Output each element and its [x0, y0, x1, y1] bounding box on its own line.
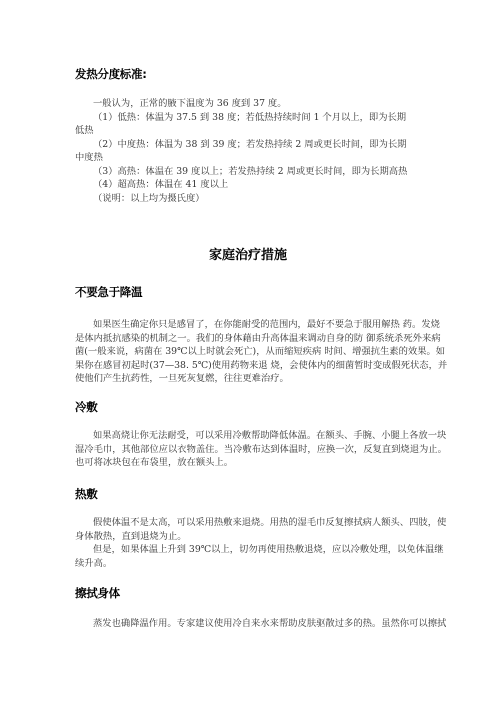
page-title: 家庭治疗措施 — [0, 244, 496, 263]
paragraph-line: 如果高烧让你无法耐受，可以采用冷敷帮助降低体温。在额头、手腕、小腿上各放一块 — [75, 429, 415, 443]
fever-grade-list: 一般认为，正常的腋下温度为 36 度到 37 度。 （1）低热：体温为 37.5… — [75, 97, 415, 205]
paragraph-line: 续升高。 — [75, 557, 415, 571]
section-body-cold-compress: 如果高烧让你无法耐受，可以采用冷敷帮助降低体温。在额头、手腕、小腿上各放一块 湿… — [75, 429, 415, 470]
fever-grade-moderate: （2）中度热：体温为 38 到 39 度；若发热持续 2 周或更长时间，即为长期 — [75, 138, 415, 152]
paragraph-line: 果你在感冒初起时(37—38. 5℃)使用药物来退 烧，会使体内的细菌暂时变成假… — [75, 359, 415, 373]
paragraph-line: 菌(一般来说，病菌在 39℃以上时就会死亡)，从而缩短疾病 时间、增强抗生素的效… — [75, 345, 415, 359]
section-heading-no-rush: 不要急于降温 — [75, 284, 142, 300]
fever-grade-moderate-wrap: 中度热 — [75, 151, 415, 165]
paragraph-line: 身体散热，直到退烧为止。 — [75, 530, 415, 544]
fever-grade-low: （1）低热：体温为 37.5 到 38 度；若低热持续时间 1 个月以上，即为长… — [75, 111, 415, 125]
document-page: 发热分度标准: 一般认为，正常的腋下温度为 36 度到 37 度。 （1）低热：… — [0, 0, 496, 702]
fever-grade-low-wrap: 低热 — [75, 124, 415, 138]
section-heading-hot-compress: 热敷 — [75, 486, 97, 502]
fever-grade-heading: 发热分度标准: — [75, 66, 147, 82]
paragraph-line: 使他们产生抗药性，一旦死灰复燃，往往更难治疗。 — [75, 372, 415, 386]
paragraph-line: 也可将冰块包在布袋里，放在额头上。 — [75, 456, 415, 470]
section-body-hot-compress: 假使体温不是太高，可以采用热敷来退烧。用热的湿毛巾反复擦拭病人额头、四肢，使 身… — [75, 516, 415, 570]
paragraph-line: 是体内抵抗感染的机制之一。我们的身体藉由升高体温来调动自身的防 御系统杀死外来病 — [75, 332, 415, 346]
paragraph-line: 蒸发也确降温作用。专家建议使用冷自来水来帮助皮肤驱散过多的热。虽然你可以擦拭 — [75, 617, 415, 631]
fever-grade-note: （说明：以上均为摄氏度） — [75, 192, 415, 206]
section-heading-sponge-bath: 擦拭身体 — [75, 585, 120, 601]
fever-grade-very-high: （4）超高热：体温在 41 度以上 — [75, 178, 415, 192]
paragraph-line: 假使体温不是太高，可以采用热敷来退烧。用热的湿毛巾反复擦拭病人额头、四肢，使 — [75, 516, 415, 530]
paragraph-line: 如果医生确定你只是感冒了，在你能耐受的范围内，最好不要急于服用解热 药。发烧 — [75, 318, 415, 332]
fever-grade-intro: 一般认为，正常的腋下温度为 36 度到 37 度。 — [75, 97, 415, 111]
section-body-no-rush: 如果医生确定你只是感冒了，在你能耐受的范围内，最好不要急于服用解热 药。发烧 是… — [75, 318, 415, 386]
paragraph-line: 但是，如果体温上升到 39℃以上，切勿再使用热敷退烧，应以冷敷处理，以免体温继 — [75, 543, 415, 557]
paragraph-line: 湿冷毛巾，其他部位应以衣物盖住。当冷敷布达到体温时，应换一次，反复直到烧退为止。 — [75, 443, 415, 457]
fever-grade-high: （3）高热：体温在 39 度以上；若发热持续 2 周或更长时间，即为长期高热 — [75, 165, 415, 179]
section-heading-cold-compress: 冷敷 — [75, 399, 97, 415]
section-body-sponge-bath: 蒸发也确降温作用。专家建议使用冷自来水来帮助皮肤驱散过多的热。虽然你可以擦拭 — [75, 617, 415, 631]
